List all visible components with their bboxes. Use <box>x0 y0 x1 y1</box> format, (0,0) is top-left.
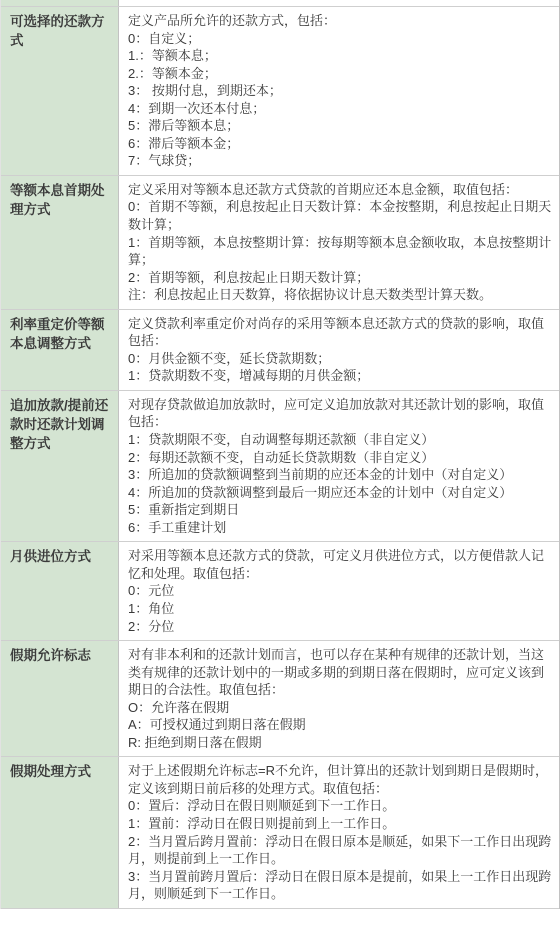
definition-cell: 定义产品所允许的还款方式，包括：0：自定义；1.：等额本息；2.：等额本金；3：… <box>119 7 559 175</box>
repayment-definition-table: 可选择的还款方式 定义产品所允许的还款方式，包括：0：自定义；1.：等额本息；2… <box>0 0 560 909</box>
definition-line: 定义采用对等额本息还款方式贷款的首期应还本息金额，取值包括： <box>128 181 553 199</box>
definition-line: 注：利息按起止日天数算，将依据协议计息天数类型计算天数。 <box>128 286 553 304</box>
definition-line: 对现存贷款做追加放款时，应可定义追加放款对其还款计划的影响，取值包括： <box>128 396 553 431</box>
term-cell: 可选择的还款方式 <box>1 7 119 175</box>
table-row-partial <box>1 0 559 7</box>
term-cell: 假期允许标志 <box>1 641 119 756</box>
term-cell: 等额本息首期处理方式 <box>1 176 119 309</box>
definition-cell: 定义贷款利率重定价对尚存的采用等额本息还款方式的贷款的影响，取值包括：0：月供金… <box>119 310 559 390</box>
definition-line: 1.：等额本息； <box>128 47 553 65</box>
definition-line: 2：每期还款额不变，自动延长贷款期数（非自定义） <box>128 449 553 467</box>
definition-line: 1：置前：浮动日在假日则提前到上一工作日。 <box>128 815 553 833</box>
definition-line: R: 拒绝到期日落在假期 <box>128 734 553 752</box>
table-row: 利率重定价等额本息调整方式 定义贷款利率重定价对尚存的采用等额本息还款方式的贷款… <box>1 310 559 391</box>
table-row: 等额本息首期处理方式 定义采用对等额本息还款方式贷款的首期应还本息金额，取值包括… <box>1 176 559 310</box>
definition-line: 1：角位 <box>128 600 553 618</box>
definition-line: 对于上述假期允许标志=R不允许，但计算出的还款计划到期日是假期时，定义该到期日前… <box>128 762 553 797</box>
definition-line: O：允许落在假期 <box>128 699 553 717</box>
definition-line: 0：元位 <box>128 582 553 600</box>
definition-line: 1：贷款期数不变，增减每期的月供金额； <box>128 367 553 385</box>
table-row: 月供进位方式 对采用等额本息还款方式的贷款，可定义月供进位方式，以方便借款人记忆… <box>1 542 559 641</box>
table-row: 可选择的还款方式 定义产品所允许的还款方式，包括：0：自定义；1.：等额本息；2… <box>1 7 559 176</box>
term-cell: 假期处理方式 <box>1 757 119 907</box>
definition-line: 2：当月置后跨月置前：浮动日在假日原本是顺延，如果下一工作日出现跨月，则提前到上… <box>128 833 553 868</box>
definition-cell: 对现存贷款做追加放款时，应可定义追加放款对其还款计划的影响，取值包括：1：贷款期… <box>119 391 559 541</box>
term-cell: 利率重定价等额本息调整方式 <box>1 310 119 390</box>
definition-line: 1：首期等额，本息按整期计算：按每期等额本息金额收取，本息按整期计算； <box>128 234 553 269</box>
definition-line: 7：气球贷； <box>128 152 553 170</box>
definition-cell: 定义采用对等额本息还款方式贷款的首期应还本息金额，取值包括：0：首期不等额，利息… <box>119 176 559 309</box>
table-row: 假期允许标志 对有非本利和的还款计划而言，也可以存在某种有规律的还款计划，当这类… <box>1 641 559 757</box>
definition-line: 4：所追加的贷款额调整到最后一期应还本金的计划中（对自定义） <box>128 484 553 502</box>
definition-line: 0：自定义； <box>128 30 553 48</box>
table-row: 假期处理方式 对于上述假期允许标志=R不允许，但计算出的还款计划到期日是假期时，… <box>1 757 559 908</box>
definition-line: 1：贷款期限不变，自动调整每期还款额（非自定义） <box>128 431 553 449</box>
table-row: 追加放款/提前还款时还款计划调整方式 对现存贷款做追加放款时，应可定义追加放款对… <box>1 391 559 542</box>
definition-line: 3：所追加的贷款额调整到当前期的应还本金的计划中（对自定义） <box>128 466 553 484</box>
definition-cell <box>119 0 559 6</box>
definition-line: 6：手工重建计划 <box>128 519 553 537</box>
definition-line: A：可授权通过到期日落在假期 <box>128 716 553 734</box>
definition-line: 定义贷款利率重定价对尚存的采用等额本息还款方式的贷款的影响，取值包括： <box>128 315 553 350</box>
definition-line: 对有非本利和的还款计划而言，也可以存在某种有规律的还款计划，当这类有规律的还款计… <box>128 646 553 699</box>
definition-line: 5：重新指定到期日 <box>128 501 553 519</box>
definition-line: 对采用等额本息还款方式的贷款，可定义月供进位方式，以方便借款人记忆和处理。取值包… <box>128 547 553 582</box>
definition-cell: 对采用等额本息还款方式的贷款，可定义月供进位方式，以方便借款人记忆和处理。取值包… <box>119 542 559 640</box>
definition-line: 3：当月置前跨月置后：浮动日在假日原本是提前，如果上一工作日出现跨月，则顺延到下… <box>128 868 553 903</box>
definition-line: 0：置后：浮动日在假日则顺延到下一工作日。 <box>128 797 553 815</box>
term-cell <box>1 0 119 6</box>
definition-cell: 对有非本利和的还款计划而言，也可以存在某种有规律的还款计划，当这类有规律的还款计… <box>119 641 559 756</box>
definition-line: 定义产品所允许的还款方式，包括： <box>128 12 553 30</box>
definition-line: 2：分位 <box>128 618 553 636</box>
term-cell: 追加放款/提前还款时还款计划调整方式 <box>1 391 119 541</box>
definition-line: 5：滞后等额本息； <box>128 117 553 135</box>
term-cell: 月供进位方式 <box>1 542 119 640</box>
definition-line: 0：月供金额不变，延长贷款期数； <box>128 350 553 368</box>
definition-line: 6：滞后等额本金； <box>128 135 553 153</box>
definition-line: 2：首期等额，利息按起止日期天数计算； <box>128 269 553 287</box>
definition-line: 4：到期一次还本付息； <box>128 100 553 118</box>
definition-cell: 对于上述假期允许标志=R不允许，但计算出的还款计划到期日是假期时，定义该到期日前… <box>119 757 559 907</box>
definition-line: 0：首期不等额，利息按起止日天数计算：本金按整期，利息按起止日期天数计算； <box>128 198 553 233</box>
definition-line: 3： 按期付息，到期还本； <box>128 82 553 100</box>
definition-line: 2.：等额本金； <box>128 65 553 83</box>
